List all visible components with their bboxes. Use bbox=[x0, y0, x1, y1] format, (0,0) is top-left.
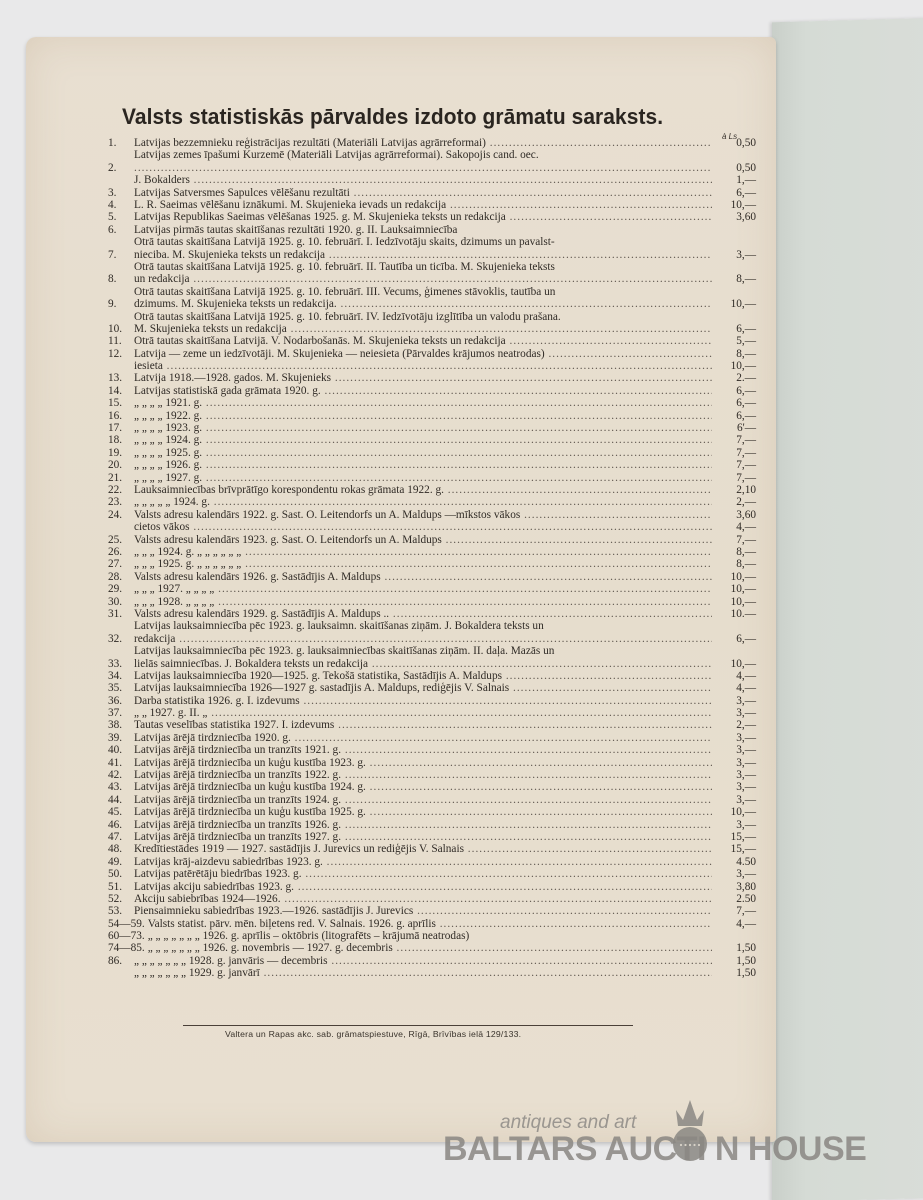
item-number: 86. bbox=[108, 955, 134, 967]
item-price: 3,— bbox=[712, 781, 756, 793]
item-title: „ „ „ „ 1927. g. bbox=[134, 472, 712, 484]
list-item: 18.„ „ „ „ 1924. g.7,— bbox=[108, 434, 756, 446]
item-number: 74—85. bbox=[108, 942, 145, 954]
item-title: Latvijas pirmās tautas skaitīšanas rezul… bbox=[134, 224, 712, 236]
item-number: 38. bbox=[108, 719, 134, 731]
item-number: 44. bbox=[108, 794, 134, 806]
item-number: 27. bbox=[108, 558, 134, 570]
item-price: 2.— bbox=[712, 372, 756, 384]
item-number: 24. bbox=[108, 509, 134, 521]
item-title: „ „ „ 1924. g. „ „ „ „ „ „ bbox=[134, 546, 712, 558]
crown-logo-icon bbox=[672, 1100, 708, 1166]
item-title: Darba statistika 1926. g. I. izdevums bbox=[134, 695, 712, 707]
item-price: 4,— bbox=[712, 918, 756, 930]
item-price: 4.50 bbox=[712, 856, 756, 868]
item-number: 14. bbox=[108, 385, 134, 397]
list-item: 26.„ „ „ 1924. g. „ „ „ „ „ „8,— bbox=[108, 546, 756, 558]
item-price: 3,60 bbox=[712, 211, 756, 223]
item-price: 6,— bbox=[712, 323, 756, 335]
item-title: Valsts adresu kalendārs 1923. g. Sast. O… bbox=[134, 534, 712, 546]
item-number: 33. bbox=[108, 658, 134, 670]
item-price: 6,— bbox=[712, 187, 756, 199]
list-item: 38.Tautas veselības statistika 1927. I. … bbox=[108, 719, 756, 731]
item-price: 1,50 bbox=[712, 967, 756, 979]
item-number: 12. bbox=[108, 348, 134, 360]
item-number: 4. bbox=[108, 199, 134, 211]
list-item: 47.Latvijas ārējā tirdzniecība un tranzī… bbox=[108, 831, 756, 843]
item-title: „ „ „ „ 1921. g. bbox=[134, 397, 712, 409]
item-number: 32. bbox=[108, 633, 134, 645]
item-price: 6,— bbox=[712, 397, 756, 409]
list-item: 30.„ „ „ 1928. „ „ „ „10,— bbox=[108, 596, 756, 608]
item-price: 10.— bbox=[712, 608, 756, 620]
item-price: 0,50 bbox=[712, 162, 756, 174]
item-number: 28. bbox=[108, 571, 134, 583]
item-number: 10. bbox=[108, 323, 134, 335]
item-price: 15,— bbox=[712, 831, 756, 843]
list-item: 41.Latvijas ārējā tirdzniecība un kuģu k… bbox=[108, 757, 756, 769]
item-title: Latvijas ārējā tirdzniecība 1920. g. bbox=[134, 732, 712, 744]
item-number: 49. bbox=[108, 856, 134, 868]
item-title: Otrā tautas skaitīšana Latvijā 1925. g. … bbox=[134, 311, 712, 336]
item-title: Latvijas lauksaimniecība 1920—1925. g. T… bbox=[134, 670, 712, 682]
item-price: 10,— bbox=[712, 583, 756, 595]
item-price: 15,— bbox=[712, 843, 756, 855]
list-item: 40.Latvijas ārējā tirdzniecība un tranzī… bbox=[108, 744, 756, 756]
item-title: Lauksaimniecības brīvprātīgo koresponden… bbox=[134, 484, 712, 496]
list-item: 36.Darba statistika 1926. g. I. izdevums… bbox=[108, 695, 756, 707]
item-price: 3,80 bbox=[712, 881, 756, 893]
item-title: Latvijas zemes īpašumi Kurzemē (Materiāl… bbox=[134, 149, 712, 174]
item-title: Latvijas statistiskā gada grāmata 1920. … bbox=[134, 385, 712, 397]
item-title: Valsts adresu kalendārs 1922. g. Sast. O… bbox=[134, 509, 712, 521]
item-title: Kredītiestādes 1919 — 1927. sastādījis J… bbox=[134, 843, 712, 855]
item-price: 10,— bbox=[712, 806, 756, 818]
list-item: 9.Otrā tautas skaitīšana Latvijā 1925. g… bbox=[108, 286, 756, 311]
item-number: 53. bbox=[108, 905, 134, 917]
item-price: 2.50 bbox=[712, 893, 756, 905]
item-price: 2,10 bbox=[712, 484, 756, 496]
item-price: 5,— bbox=[712, 335, 756, 347]
list-item: 37.„ „ 1927. g. II. „3,— bbox=[108, 707, 756, 719]
item-title: „ „ „ „ 1923. g. bbox=[134, 422, 712, 434]
list-item: 7.Otrā tautas skaitīšana Latvijā 1925. g… bbox=[108, 236, 756, 261]
list-item: 42.Latvijas ārējā tirdzniecība un tranzī… bbox=[108, 769, 756, 781]
item-number: 30. bbox=[108, 596, 134, 608]
item-title: Latvijas patērētāju biedrības 1923. g. bbox=[134, 868, 712, 880]
item-number: 48. bbox=[108, 843, 134, 855]
item-price: 7,— bbox=[712, 447, 756, 459]
list-item: 27.„ „ „ 1925. g. „ „ „ „ „ „8,— bbox=[108, 558, 756, 570]
item-number: 36. bbox=[108, 695, 134, 707]
item-title: „ „ „ „ 1925. g. bbox=[134, 447, 712, 459]
publication-list: 1.Latvijas bezzemnieku reģistrācijas rez… bbox=[108, 137, 756, 980]
list-item: 16.„ „ „ „ 1922. g.6,— bbox=[108, 410, 756, 422]
item-number: 52. bbox=[108, 893, 134, 905]
booklet-cover-edge bbox=[772, 18, 923, 1200]
item-number: 54—59. bbox=[108, 918, 145, 930]
list-item: 17.„ „ „ „ 1923. g.6'— bbox=[108, 422, 756, 434]
item-price: 8,— bbox=[712, 546, 756, 558]
item-price: 7,— bbox=[712, 434, 756, 446]
item-title: Latvijas lauksaimniecība 1926—1927 g. sa… bbox=[134, 682, 712, 694]
item-price: 3,— bbox=[712, 819, 756, 831]
item-price: 1,50 bbox=[712, 955, 756, 967]
item-number: 23. bbox=[108, 496, 134, 508]
item-title: „ „ „ 1925. g. „ „ „ „ „ „ bbox=[134, 558, 712, 570]
item-price: 7,— bbox=[712, 905, 756, 917]
list-item: 74—85.„ „ „ „ „ „ „ 1926. g. novembris —… bbox=[108, 943, 756, 955]
item-title: Piensaimnieku sabiedrības 1923.—1926. sa… bbox=[134, 905, 712, 917]
item-number: 22. bbox=[108, 484, 134, 496]
list-item: 12.Latvija — zeme un iedzīvotāji. M. Sku… bbox=[108, 348, 756, 360]
list-item: 28.Valsts adresu kalendārs 1926. g. Sast… bbox=[108, 571, 756, 583]
item-price: 3,— bbox=[712, 695, 756, 707]
item-number: 29. bbox=[108, 583, 134, 595]
item-number: 40. bbox=[108, 744, 134, 756]
item-price: 3,— bbox=[712, 744, 756, 756]
item-price: 8,— bbox=[712, 558, 756, 570]
item-title: Latvija — zeme un iedzīvotāji. M. Skujen… bbox=[134, 348, 712, 360]
item-title: Latvijas lauksaimniecība pēc 1923. g. la… bbox=[134, 645, 712, 670]
list-item: 45.Latvijas ārējā tirdzniecība un kuģu k… bbox=[108, 806, 756, 818]
list-item: iesieta10,— bbox=[108, 360, 756, 372]
item-title: iesieta bbox=[134, 360, 712, 372]
item-price: 10,— bbox=[712, 199, 756, 211]
item-title: Latvijas ārējā tirdzniecība un tranzīts … bbox=[134, 794, 712, 806]
item-title: „ „ „ „ „ 1924. g. bbox=[134, 496, 712, 508]
list-item: 15.„ „ „ „ 1921. g.6,— bbox=[108, 397, 756, 409]
item-number: 7. bbox=[108, 249, 134, 261]
item-number: 3. bbox=[108, 187, 134, 199]
list-item: 32.Latvijas lauksaimniecība pēc 1923. g.… bbox=[108, 620, 756, 645]
item-price: 6,— bbox=[712, 385, 756, 397]
item-title: Latvijas ārējā tirdzniecība un tranzīts … bbox=[134, 744, 712, 756]
item-price: 3,— bbox=[712, 249, 756, 261]
item-title: Latvijas bezzemnieku reģistrācijas rezul… bbox=[134, 137, 712, 149]
list-item: 20.„ „ „ „ 1926. g.7,— bbox=[108, 459, 756, 471]
item-price: 2,— bbox=[712, 719, 756, 731]
item-number: 9. bbox=[108, 298, 134, 310]
item-title: „ „ „ „ 1926. g. bbox=[134, 459, 712, 471]
list-item: 3.Latvijas Satversmes Sapulces vēlēšanu … bbox=[108, 187, 756, 199]
item-number: 39. bbox=[108, 732, 134, 744]
item-price: 7,— bbox=[712, 534, 756, 546]
list-item: 14.Latvijas statistiskā gada grāmata 192… bbox=[108, 385, 756, 397]
item-number: 18. bbox=[108, 434, 134, 446]
item-price: 2,— bbox=[712, 496, 756, 508]
list-item: J. Bokalders1,— bbox=[108, 174, 756, 186]
item-number: 35. bbox=[108, 682, 134, 694]
watermark-brand: BALTARS AUCTI N HOUSE bbox=[443, 1130, 866, 1169]
list-item: 23.„ „ „ „ „ 1924. g.2,— bbox=[108, 496, 756, 508]
list-item: 39.Latvijas ārējā tirdzniecība 1920. g.3… bbox=[108, 732, 756, 744]
item-title: J. Bokalders bbox=[134, 174, 712, 186]
page-title: Valsts statistiskās pārvaldes izdoto grā… bbox=[122, 104, 717, 130]
item-title: „ „ „ „ 1924. g. bbox=[134, 434, 712, 446]
item-number: 60—73. bbox=[108, 930, 145, 942]
item-title: Valsts adresu kalendārs 1926. g. Sastādī… bbox=[134, 571, 712, 583]
item-price: 3,— bbox=[712, 868, 756, 880]
item-title: Valsts adresu kalendārs 1929. g. Sastādī… bbox=[134, 608, 712, 620]
item-price: 10,— bbox=[712, 298, 756, 310]
item-number: 26. bbox=[108, 546, 134, 558]
printer-imprint: Valtera un Rapas akc. sab. grāmatspiestu… bbox=[225, 1029, 521, 1039]
list-item: 21.„ „ „ „ 1927. g.7,— bbox=[108, 472, 756, 484]
item-number: 31. bbox=[108, 608, 134, 620]
item-number: 34. bbox=[108, 670, 134, 682]
item-price: 7,— bbox=[712, 472, 756, 484]
item-price: 10,— bbox=[712, 596, 756, 608]
item-title: „ „ „ „ „ „ „ 1928. g. janvāris — decemb… bbox=[134, 955, 712, 967]
item-title: Otrā tautas skaitīšana Latvijā 1925. g. … bbox=[134, 261, 712, 286]
item-number: 46. bbox=[108, 819, 134, 831]
item-price: 1,50 bbox=[712, 942, 756, 954]
item-price: 3,— bbox=[712, 757, 756, 769]
item-title: „ „ „ 1928. „ „ „ „ bbox=[134, 596, 712, 608]
item-price: 3,60 bbox=[712, 509, 756, 521]
item-number: 16. bbox=[108, 410, 134, 422]
item-title: „ „ 1927. g. II. „ bbox=[134, 707, 712, 719]
list-item: 24.Valsts adresu kalendārs 1922. g. Sast… bbox=[108, 509, 756, 521]
list-item: 13.Latvija 1918.—1928. gados. M. Skujeni… bbox=[108, 373, 756, 385]
item-price: 3,— bbox=[712, 732, 756, 744]
item-title: „ „ „ „ 1922. g. bbox=[134, 410, 712, 422]
item-price: 3,— bbox=[712, 794, 756, 806]
item-number: 51. bbox=[108, 881, 134, 893]
item-number: 17. bbox=[108, 422, 134, 434]
list-item: 4.L. R. Saeimas vēlēšanu iznākumi. M. Sk… bbox=[108, 199, 756, 211]
item-title: Tautas veselības statistika 1927. I. izd… bbox=[134, 719, 712, 731]
item-price: 8,— bbox=[712, 273, 756, 285]
item-title: Latvijas akciju sabiedrības 1923. g. bbox=[134, 881, 712, 893]
list-item: 2.Latvijas zemes īpašumi Kurzemē (Materi… bbox=[108, 149, 756, 174]
list-item: 34.Latvijas lauksaimniecība 1920—1925. g… bbox=[108, 670, 756, 682]
list-item: 49.Latvijas krāj-aizdevu sabiedrības 192… bbox=[108, 856, 756, 868]
item-title: Latvijas ārējā tirdzniecība un kuģu kust… bbox=[134, 781, 712, 793]
item-number: 19. bbox=[108, 447, 134, 459]
item-number: 43. bbox=[108, 781, 134, 793]
list-item: 51.Latvijas akciju sabiedrības 1923. g.3… bbox=[108, 881, 756, 893]
item-price: 3,— bbox=[712, 769, 756, 781]
item-number: 6. bbox=[108, 224, 134, 236]
item-price: 4,— bbox=[712, 682, 756, 694]
item-price: 10,— bbox=[712, 658, 756, 670]
footer-divider bbox=[183, 1025, 633, 1026]
list-item: 8.Otrā tautas skaitīšana Latvijā 1925. g… bbox=[108, 261, 756, 286]
item-title: Latvijas ārējā tirdzniecība un tranzīts … bbox=[134, 831, 712, 843]
item-number: 5. bbox=[108, 211, 134, 223]
item-title: Latvijas ārējā tirdzniecība un kuģu kust… bbox=[134, 806, 712, 818]
item-price: 10,— bbox=[712, 571, 756, 583]
item-title: Latvijas krāj-aizdevu sabiedrības 1923. … bbox=[134, 856, 712, 868]
list-item: 44.Latvijas ārējā tirdzniecība un tranzī… bbox=[108, 794, 756, 806]
item-price: 7,— bbox=[712, 459, 756, 471]
item-number: 25. bbox=[108, 534, 134, 546]
item-title: Otrā tautas skaitīšana Latvijā 1925. g. … bbox=[134, 236, 712, 261]
list-item: 10.Otrā tautas skaitīšana Latvijā 1925. … bbox=[108, 311, 756, 336]
item-price: 6,— bbox=[712, 410, 756, 422]
item-number: 47. bbox=[108, 831, 134, 843]
item-number: 50. bbox=[108, 868, 134, 880]
list-item: 60—73.„ „ „ „ „ „ „ 1926. g. aprīlis – o… bbox=[108, 930, 756, 942]
item-price: 6'— bbox=[712, 422, 756, 434]
list-item: 86.„ „ „ „ „ „ „ 1928. g. janvāris — dec… bbox=[108, 955, 756, 967]
list-item: 5.Latvijas Republikas Saeimas vēlēšanas … bbox=[108, 211, 756, 223]
item-number: 15. bbox=[108, 397, 134, 409]
item-title: L. R. Saeimas vēlēšanu iznākumi. M. Skuj… bbox=[134, 199, 712, 211]
list-item: 11.Otrā tautas skaitīšana Latvijā. V. No… bbox=[108, 335, 756, 347]
list-item: 35.Latvijas lauksaimniecība 1926—1927 g.… bbox=[108, 682, 756, 694]
item-price: 1,— bbox=[712, 174, 756, 186]
list-item: 52.Akciju sabiebrības 1924—1926.2.50 bbox=[108, 893, 756, 905]
item-title: Latvijas Republikas Saeimas vēlēšanas 19… bbox=[134, 211, 712, 223]
list-item: 29.„ „ „ 1927. „ „ „ „10,— bbox=[108, 583, 756, 595]
item-number: 41. bbox=[108, 757, 134, 769]
item-title: Latvijas ārējā tirdzniecība un tranzīts … bbox=[134, 769, 712, 781]
list-item: 33.Latvijas lauksaimniecība pēc 1923. g.… bbox=[108, 645, 756, 670]
list-item: 6.Latvijas pirmās tautas skaitīšanas rez… bbox=[108, 224, 756, 236]
item-title: Latvijas ārējā tirdzniecība un kuģu kust… bbox=[134, 757, 712, 769]
item-title: „ „ „ 1927. „ „ „ „ bbox=[134, 583, 712, 595]
item-number: 21. bbox=[108, 472, 134, 484]
list-item: 22.Lauksaimniecības brīvprātīgo korespon… bbox=[108, 484, 756, 496]
item-price: 4,— bbox=[712, 521, 756, 533]
item-price: 3,— bbox=[712, 707, 756, 719]
item-price: 4,— bbox=[712, 670, 756, 682]
item-title: Latvijas lauksaimniecība pēc 1923. g. la… bbox=[134, 620, 712, 645]
item-number: 11. bbox=[108, 335, 134, 347]
list-item: cietos vākos4,— bbox=[108, 521, 756, 533]
list-item: 54—59.Valsts statist. pārv. mēn. biļeten… bbox=[108, 918, 756, 930]
list-item: 48.Kredītiestādes 1919 — 1927. sastādīji… bbox=[108, 843, 756, 855]
item-title: Latvijas ārējā tirdzniecība un tranzīts … bbox=[134, 819, 712, 831]
item-title: „ „ „ „ „ „ „ 1926. g. novembris — 1927.… bbox=[148, 942, 712, 954]
item-price: 6,— bbox=[712, 633, 756, 645]
item-title: Akciju sabiebrības 1924—1926. bbox=[134, 893, 712, 905]
item-title: cietos vākos bbox=[134, 521, 712, 533]
list-item: 50.Latvijas patērētāju biedrības 1923. g… bbox=[108, 868, 756, 880]
item-number: 8. bbox=[108, 273, 134, 285]
item-title: Valsts statist. pārv. mēn. biļetens red.… bbox=[148, 918, 712, 930]
item-number: 20. bbox=[108, 459, 134, 471]
item-price: 0,50 bbox=[712, 137, 756, 149]
item-number: 37. bbox=[108, 707, 134, 719]
item-title: Latvijas Satversmes Sapulces vēlēšanu re… bbox=[134, 187, 712, 199]
item-title: Latvija 1918.—1928. gados. M. Skujenieks bbox=[134, 372, 712, 384]
list-item: 43.Latvijas ārējā tirdzniecība un kuģu k… bbox=[108, 781, 756, 793]
item-number: 42. bbox=[108, 769, 134, 781]
item-title: Otrā tautas skaitīšana Latvijā. V. Nodar… bbox=[134, 335, 712, 347]
item-number: 13. bbox=[108, 372, 134, 384]
list-item: 1.Latvijas bezzemnieku reģistrācijas rez… bbox=[108, 137, 756, 149]
item-title: „ „ „ „ „ „ „ 1926. g. aprīlis – oktōbri… bbox=[148, 930, 712, 942]
item-title: „ „ „ „ „ „ „ 1929. g. janvārī bbox=[134, 967, 712, 979]
list-item: 25.Valsts adresu kalendārs 1923. g. Sast… bbox=[108, 534, 756, 546]
list-item: „ „ „ „ „ „ „ 1929. g. janvārī1,50 bbox=[108, 967, 756, 979]
list-item: 19.„ „ „ „ 1925. g.7,— bbox=[108, 447, 756, 459]
item-number: 45. bbox=[108, 806, 134, 818]
list-item: 31.Valsts adresu kalendārs 1929. g. Sast… bbox=[108, 608, 756, 620]
item-number: 1. bbox=[108, 137, 134, 149]
list-item: 53.Piensaimnieku sabiedrības 1923.—1926.… bbox=[108, 905, 756, 917]
item-price: 8,— bbox=[712, 348, 756, 360]
item-price: 10,— bbox=[712, 360, 756, 372]
item-number: 2. bbox=[108, 162, 134, 174]
item-title: Otrā tautas skaitīšana Latvijā 1925. g. … bbox=[134, 286, 712, 311]
list-item: 46.Latvijas ārējā tirdzniecība un tranzī… bbox=[108, 819, 756, 831]
